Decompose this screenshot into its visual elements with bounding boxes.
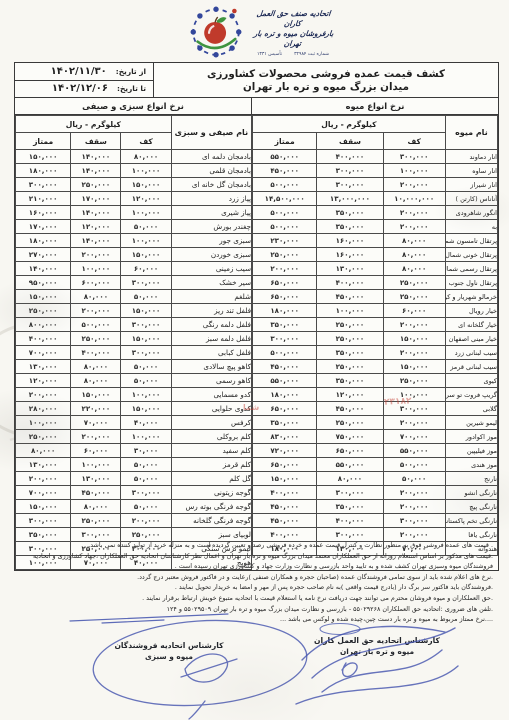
table-row: موز هندی۵۰۰,۰۰۰۵۵۰,۰۰۰۶۵۰,۰۰۰ <box>253 458 498 472</box>
premium-price-cell: ۲۸۰,۰۰۰ <box>16 402 71 416</box>
premium-price-cell: ۷۰۰,۰۰۰ <box>16 486 71 500</box>
premium-price-cell: ۸۳۰,۰۰۰ <box>253 430 317 444</box>
product-name-cell: فلفل دلمه رنگی <box>171 318 251 332</box>
product-name-cell: گوجه فرنگی بوته رس <box>171 500 251 514</box>
premium-price-cell: ۶۵۰,۰۰۰ <box>253 402 317 416</box>
ceiling-price-cell: ۳۰۰,۰۰۰ <box>71 528 121 542</box>
table-row: خیار گلخانه ای۲۰۰,۰۰۰۲۵۰,۰۰۰۳۵۰,۰۰۰ <box>253 318 498 332</box>
floor-price-cell: ۳۰۰,۰۰۰ <box>121 318 171 332</box>
table-row: پرتقال ناول جنوب۲۵۰,۰۰۰۴۰۰,۰۰۰۶۵۰,۰۰۰ <box>253 276 498 290</box>
table-row: پرتقال تامسون شمال۸۰,۰۰۰۱۶۰,۰۰۰۲۳۰,۰۰۰ <box>253 234 498 248</box>
floor-price-cell: ۲۰۰,۰۰۰ <box>383 486 445 500</box>
table-row: انار شیراز۲۰۰,۰۰۰۳۰۰,۰۰۰۵۰۰,۰۰۰ <box>253 178 498 192</box>
floor-price-cell: ۱۰,۰۰۰,۰۰۰ <box>383 192 445 206</box>
table-row: پرتقال خونی شمال۸۰,۰۰۰۱۶۰,۰۰۰۲۵۰,۰۰۰ <box>253 248 498 262</box>
product-name-cell: فلفل کبابی <box>171 346 251 360</box>
union-logo: اتحادیه صنف حق العمل کاران بارفروشان میو… <box>188 4 339 60</box>
title-line-1: کشف قیمت عمده فروشی محصولات کشاورزی <box>207 68 445 80</box>
ceiling-price-cell: ۳۵۰,۰۰۰ <box>317 220 383 234</box>
premium-price-cell: ۲۱۰,۰۰۰ <box>16 192 71 206</box>
ceiling-price-cell: ۱۴۰,۰۰۰ <box>71 150 121 164</box>
floor-price-cell: ۴۰,۰۰۰ <box>121 416 171 430</box>
product-name-cell: بادمجان دلمه ای <box>171 150 251 164</box>
ceiling-price-cell: ۱۴۰,۰۰۰ <box>71 164 121 178</box>
product-name-cell: بادمجان گل خانه ای <box>171 178 251 192</box>
product-name-cell: گوجه زیتونی <box>171 486 251 500</box>
premium-price-cell: ۱۸۰,۰۰۰ <box>253 304 317 318</box>
premium-price-cell: ۱۳۰,۰۰۰ <box>16 360 71 374</box>
union-name-line2: بارفروشان میوه و تره بار تهران <box>246 29 340 49</box>
floor-price-cell: ۵۰,۰۰۰ <box>121 472 171 486</box>
floor-price-cell: ۱۰۰,۰۰۰ <box>121 206 171 220</box>
union-name-line1: اتحادیه صنف حق العمل کاران <box>246 9 340 29</box>
table-row: بادمجان قلمی۱۰۰,۰۰۰۱۴۰,۰۰۰۱۸۰,۰۰۰ <box>16 164 252 178</box>
price-tables-row: نام میوه کیلوگرم - ریال کف سقف ممتاز انا… <box>15 115 498 570</box>
fruit-section-title: نرخ انواع میوه <box>252 98 498 114</box>
from-date-label: از تاریخ: <box>116 67 146 76</box>
premium-price-cell: ۲۵۰,۰۰۰ <box>253 248 317 262</box>
table-row: کدو مسمایی۱۰۰,۰۰۰۱۵۰,۰۰۰۲۰۰,۰۰۰ <box>16 388 252 402</box>
product-name-cell: کلم قرمز <box>171 458 251 472</box>
table-row: بادمجان گل خانه ای۱۵۰,۰۰۰۲۵۰,۰۰۰۳۰۰,۰۰۰ <box>16 178 252 192</box>
product-name-cell: کلم بروکلی <box>171 430 251 444</box>
premium-price-cell: ۱۲۰,۰۰۰ <box>16 374 71 388</box>
premium-price-cell: ۱۳۰,۰۰۰ <box>16 458 71 472</box>
ceiling-price-cell: ۳۰۰,۰۰۰ <box>317 178 383 192</box>
registration-number: شماره ثبت ۳۲۹۸۴ <box>294 52 329 57</box>
product-name-cell: بادمجان قلمی <box>171 164 251 178</box>
floor-price-cell: ۵۰,۰۰۰ <box>121 458 171 472</box>
floor-price-cell: ۳۰۰,۰۰۰ <box>383 150 445 164</box>
union-emblem-icon <box>188 4 244 60</box>
ceiling-price-cell: ۱۵۰,۰۰۰ <box>71 388 121 402</box>
ceiling-price-cell: ۸۰,۰۰۰ <box>71 360 121 374</box>
premium-price-cell: ۱۸۰,۰۰۰ <box>16 164 71 178</box>
table-row: پرتقال رسمی شمال۸۰,۰۰۰۱۳۰,۰۰۰۲۰۰,۰۰۰ <box>253 262 498 276</box>
ceiling-price-cell: ۳۵۰,۰۰۰ <box>317 374 383 388</box>
table-row: خیار مینی اصفهان۱۵۰,۰۰۰۲۵۰,۰۰۰۳۰۰,۰۰۰ <box>253 332 498 346</box>
product-name-cell: موز اکوادور <box>445 430 497 444</box>
premium-price-cell: ۱۵۰,۰۰۰ <box>16 290 71 304</box>
veg-section-title: نرخ انواع سبزی و صیفی <box>15 98 252 114</box>
table-row: به۲۰۰,۰۰۰۳۵۰,۰۰۰۵۰۰,۰۰۰ <box>253 220 498 234</box>
product-name-cell: پیاز زرد <box>171 192 251 206</box>
premium-price-cell: ۵۰۰,۰۰۰ <box>253 220 317 234</box>
table-row: خرمالو شهریار و کن۲۵۰,۰۰۰۴۵۰,۰۰۰۶۵۰,۰۰۰ <box>253 290 498 304</box>
footer-note: .نرخ های اعلام شده باید از سوی تمامی فرو… <box>16 573 493 584</box>
to-date-value: ۱۴۰۲/۱۲/۰۶ <box>52 83 108 94</box>
product-name-cell: نارنگی تخم پاکستانی <box>445 514 497 528</box>
premium-price-cell: ۲۵۰,۰۰۰ <box>16 430 71 444</box>
right-signature-subtitle: میوه و تره بار تهران <box>298 647 456 656</box>
premium-price-cell: ۳۵۰,۰۰۰ <box>253 318 317 332</box>
premium-price-cell: ۳۵۰,۰۰۰ <box>16 528 71 542</box>
premium-price-cell: ۱۸۰,۰۰۰ <box>16 234 71 248</box>
premium-price-cell: ۳۵۰,۰۰۰ <box>253 416 317 430</box>
floor-price-cell: ۵۰,۰۰۰ <box>121 374 171 388</box>
product-name-cell: پرتقال ناول جنوب <box>445 276 497 290</box>
floor-price-cell: ۱۵۰,۰۰۰ <box>121 332 171 346</box>
floor-price-cell: ۳۰,۰۰۰ <box>121 444 171 458</box>
premium-price-cell: ۴۰۰,۰۰۰ <box>253 486 317 500</box>
table-row: سیب لبنانی قرمز۱۵۰,۰۰۰۲۵۰,۰۰۰۴۵۰,۰۰۰ <box>253 360 498 374</box>
scanned-price-sheet: اتحادیه صنف حق العمل کاران بارفروشان میو… <box>0 0 509 720</box>
premium-price-cell: ۹۵۰,۰۰۰ <box>16 276 71 290</box>
floor-price-cell: ۲۰۰,۰۰۰ <box>383 416 445 430</box>
right-signature-block: کارشناس اتحادیه حق العمل کاران میوه و تر… <box>298 636 456 656</box>
table-row: فلفل دلمه سبز۱۵۰,۰۰۰۲۵۰,۰۰۰۴۰۰,۰۰۰ <box>16 332 252 346</box>
table-row: نارنگی پیچ۲۰۰,۰۰۰۳۵۰,۰۰۰۴۵۰,۰۰۰ <box>253 500 498 514</box>
ceiling-price-cell: ۱۰۰,۰۰۰ <box>317 304 383 318</box>
left-signature-block: کارشناس اتحادیه فروشندگان میوه و سبزی <box>103 641 235 661</box>
fruit-rows: انار دماوند۳۰۰,۰۰۰۴۰۰,۰۰۰۵۵۰,۰۰۰انار ساو… <box>253 150 498 556</box>
floor-price-cell: ۳۰۰,۰۰۰ <box>383 402 445 416</box>
ceiling-price-cell: ۲۵۰,۰۰۰ <box>317 416 383 430</box>
floor-price-cell: ۵۰۰,۰۰۰ <box>383 458 445 472</box>
table-row: سبزی جور۱۰۰,۰۰۰۱۴۰,۰۰۰۱۸۰,۰۰۰ <box>16 234 252 248</box>
table-row: خیار رویال۶۰,۰۰۰۱۰۰,۰۰۰۱۸۰,۰۰۰ <box>253 304 498 318</box>
table-row: گوجه زیتونی۳۰۰,۰۰۰۴۵۰,۰۰۰۷۰۰,۰۰۰ <box>16 486 252 500</box>
table-row: بادمجان دلمه ای۸۰,۰۰۰۱۴۰,۰۰۰۱۵۰,۰۰۰ <box>16 150 252 164</box>
ceiling-price-cell: ۱۶۰,۰۰۰ <box>317 234 383 248</box>
fruit-premium-header: ممتاز <box>253 133 317 150</box>
product-name-cell: سبزی جور <box>171 234 251 248</box>
premium-price-cell: ۴۵۰,۰۰۰ <box>253 500 317 514</box>
ceiling-price-cell: ۱۰۰,۰۰۰ <box>71 458 121 472</box>
floor-price-cell: ۲۰۰,۰۰۰ <box>383 528 445 542</box>
product-name-cell: آناناس (کارتن ) <box>445 192 497 206</box>
ceiling-price-cell: ۱۲۰,۰۰۰ <box>71 220 121 234</box>
ceiling-price-cell: ۱۶۰,۰۰۰ <box>317 248 383 262</box>
table-row: چغندر بورش۵۰,۰۰۰۱۲۰,۰۰۰۱۷۰,۰۰۰ <box>16 220 252 234</box>
premium-price-cell: ۴۰۰,۰۰۰ <box>253 528 317 542</box>
ceiling-price-cell: ۲۵۰,۰۰۰ <box>71 332 121 346</box>
product-name-cell: کیوی <box>445 374 497 388</box>
table-row: فلفل تند ریز۱۵۰,۰۰۰۲۰۰,۰۰۰۲۵۰,۰۰۰ <box>16 304 252 318</box>
product-name-cell: انگور شاهرودی <box>445 206 497 220</box>
product-name-cell: کدوی حلوایی <box>171 402 251 416</box>
ceiling-price-cell: ۱۳۰,۰۰۰ <box>317 262 383 276</box>
product-name-cell: شلغم <box>171 290 251 304</box>
section-title-band: نرخ انواع میوه نرخ انواع سبزی و صیفی <box>15 98 498 115</box>
floor-price-cell: ۲۰۰,۰۰۰ <box>383 178 445 192</box>
ceiling-price-cell: ۴۵۰,۰۰۰ <box>317 402 383 416</box>
veg-price-table: نام صیفی و سبزی کیلوگرم - ریال کف سقف مم… <box>15 115 252 570</box>
table-row: گوجه فرنگی گلخانه۲۰۰,۰۰۰۲۵۰,۰۰۰۳۰۰,۰۰۰ <box>16 514 252 528</box>
table-row: لیمو شیرین۲۰۰,۰۰۰۲۵۰,۰۰۰۳۵۰,۰۰۰ <box>253 416 498 430</box>
ceiling-price-cell: ۳۰۰,۰۰۰ <box>317 164 383 178</box>
floor-price-cell: ۲۰۰,۰۰۰ <box>383 220 445 234</box>
ceiling-price-cell: ۴۰۰,۰۰۰ <box>317 514 383 528</box>
product-name-cell: پرتقال رسمی شمال <box>445 262 497 276</box>
product-name-cell: سیب لبنانی قرمز <box>445 360 497 374</box>
ceiling-price-cell: ۸۰,۰۰۰ <box>71 374 121 388</box>
ceiling-price-cell: ۷۵۰,۰۰۰ <box>317 430 383 444</box>
ceiling-price-cell: ۱۳,۰۰۰,۰۰۰ <box>317 192 383 206</box>
ceiling-price-cell: ۱۷۰,۰۰۰ <box>71 192 121 206</box>
floor-price-cell: ۱۵۰,۰۰۰ <box>121 304 171 318</box>
premium-price-cell: ۲۳۰,۰۰۰ <box>253 234 317 248</box>
table-row: سبزی خوردن۱۵۰,۰۰۰۲۰۰,۰۰۰۲۷۰,۰۰۰ <box>16 248 252 262</box>
table-row: کاهو رسمی۵۰,۰۰۰۸۰,۰۰۰۱۲۰,۰۰۰ <box>16 374 252 388</box>
floor-price-cell: ۳۰۰,۰۰۰ <box>121 486 171 500</box>
veg-name-column-header: نام صیفی و سبزی <box>171 116 251 150</box>
floor-price-cell: ۳۰۰,۰۰۰ <box>121 346 171 360</box>
product-name-cell: گوجه فرنگی گلخانه <box>171 514 251 528</box>
premium-price-cell: ۵۵۰,۰۰۰ <box>253 374 317 388</box>
fruit-unit-header: کیلوگرم - ریال <box>253 116 446 133</box>
product-name-cell: سیب لبنانی زرد <box>445 346 497 360</box>
footer-note: .فروشندگان باید فاکتور سر برگ دار (بادرج… <box>16 583 493 594</box>
product-name-cell: گل کلم <box>171 472 251 486</box>
ceiling-price-cell: ۶۰,۰۰۰ <box>71 444 121 458</box>
floor-price-cell: ۱۵۰,۰۰۰ <box>383 332 445 346</box>
footer-note: .تلفن های ضروری :اتحادیه حق العملکاران ۵… <box>16 605 493 616</box>
product-name-cell: پرتقال خونی شمال <box>445 248 497 262</box>
premium-price-cell: ۴۰۰,۰۰۰ <box>16 332 71 346</box>
product-name-cell: گریپ فروت تو سرخ <box>445 388 497 402</box>
floor-price-cell: ۱۰۰,۰۰۰ <box>121 430 171 444</box>
product-name-cell: خیار مینی اصفهان <box>445 332 497 346</box>
premium-price-cell: ۲۵۰,۰۰۰ <box>16 304 71 318</box>
table-row: انگور شاهرودی۲۰۰,۰۰۰۳۵۰,۰۰۰۵۰۰,۰۰۰ <box>253 206 498 220</box>
floor-price-cell: ۵۰,۰۰۰ <box>121 500 171 514</box>
table-row: گریپ فروت تو سرخ۱۰۰,۰۰۰۱۲۰,۰۰۰۱۸۰,۰۰۰ <box>253 388 498 402</box>
table-row: موز فیلیپین۵۵۰,۰۰۰۶۵۰,۰۰۰۷۲۰,۰۰۰ <box>253 444 498 458</box>
fruit-ceiling-header: سقف <box>317 133 383 150</box>
ceiling-price-cell: ۴۰۰,۰۰۰ <box>317 276 383 290</box>
left-signature-stamp-ink <box>85 615 317 720</box>
product-name-cell: فلفل تند ریز <box>171 304 251 318</box>
table-row: سیب زمینی۶۰,۰۰۰۱۰۰,۰۰۰۱۴۰,۰۰۰ <box>16 262 252 276</box>
table-row: سیب لبنانی زرد۲۰۰,۰۰۰۳۵۰,۰۰۰۵۰۰,۰۰۰ <box>253 346 498 360</box>
ceiling-price-cell: ۳۰۰,۰۰۰ <box>317 486 383 500</box>
document-title: کشف قیمت عمده فروشی محصولات کشاورزی میدا… <box>154 63 498 97</box>
premium-price-cell: ۴۵۰,۰۰۰ <box>253 360 317 374</box>
premium-price-cell: ۶۵۰,۰۰۰ <box>253 276 317 290</box>
premium-price-cell: ۱۴۰,۰۰۰ <box>16 262 71 276</box>
premium-price-cell: ۳۰۰,۰۰۰ <box>16 514 71 528</box>
table-row: آناناس (کارتن )۱۰,۰۰۰,۰۰۰۱۳,۰۰۰,۰۰۰۱۴,۵۰… <box>253 192 498 206</box>
floor-price-cell: ۲۵۰,۰۰۰ <box>383 290 445 304</box>
product-name-cell: کرفس <box>171 416 251 430</box>
ceiling-price-cell: ۳۵۰,۰۰۰ <box>317 206 383 220</box>
premium-price-cell: ۷۲۰,۰۰۰ <box>253 444 317 458</box>
table-row: کلم سفید۳۰,۰۰۰۶۰,۰۰۰۸۰,۰۰۰ <box>16 444 252 458</box>
establishment-year: تأسیس ۱۳۳۱ <box>257 52 282 57</box>
floor-price-cell: ۲۵۰,۰۰۰ <box>383 276 445 290</box>
table-row: شلغم۵۰,۰۰۰۸۰,۰۰۰۱۵۰,۰۰۰ <box>16 290 252 304</box>
premium-price-cell: ۵۰۰,۰۰۰ <box>253 346 317 360</box>
table-row: سیر خشک۳۰۰,۰۰۰۶۰۰,۰۰۰۹۵۰,۰۰۰ <box>16 276 252 290</box>
floor-price-cell: ۸۰,۰۰۰ <box>383 248 445 262</box>
ceiling-price-cell: ۱۴۰,۰۰۰ <box>71 206 121 220</box>
table-row: فلفل کبابی۳۰۰,۰۰۰۴۰۰,۰۰۰۷۰۰,۰۰۰ <box>16 346 252 360</box>
ceiling-price-cell: ۴۵۰,۰۰۰ <box>317 290 383 304</box>
floor-price-cell: ۲۰۰,۰۰۰ <box>383 500 445 514</box>
product-name-cell: خرمالو شهریار و کن <box>445 290 497 304</box>
product-name-cell: خیار گلخانه ای <box>445 318 497 332</box>
ceiling-price-cell: ۲۵۰,۰۰۰ <box>317 318 383 332</box>
premium-price-cell: ۷۰۰,۰۰۰ <box>16 346 71 360</box>
veg-floor-header: کف <box>121 133 171 150</box>
floor-price-cell: ۱۵۰,۰۰۰ <box>383 360 445 374</box>
table-row: کلم قرمز۵۰,۰۰۰۱۰۰,۰۰۰۱۳۰,۰۰۰ <box>16 458 252 472</box>
ceiling-price-cell: ۸۰,۰۰۰ <box>317 472 383 486</box>
veg-ceiling-header: سقف <box>71 133 121 150</box>
premium-price-cell: ۱۷۰,۰۰۰ <box>16 220 71 234</box>
ceiling-price-cell: ۳۵۰,۰۰۰ <box>317 346 383 360</box>
product-name-cell: به <box>445 220 497 234</box>
product-name-cell: کدو مسمایی <box>171 388 251 402</box>
product-name-cell: کاهو پیچ سالادی <box>171 360 251 374</box>
floor-price-cell: ۲۰۰,۰۰۰ <box>121 514 171 528</box>
to-date-row: تا تاریخ: ۱۴۰۲/۱۲/۰۶ <box>15 80 153 98</box>
premium-price-cell: ۲۷۰,۰۰۰ <box>16 248 71 262</box>
floor-price-cell: ۲۵۰,۰۰۰ <box>383 374 445 388</box>
product-name-cell: نارنگی انشو <box>445 486 497 500</box>
product-name-cell: انار ساوه <box>445 164 497 178</box>
floor-price-cell: ۵۵۰,۰۰۰ <box>383 444 445 458</box>
title-line-2: میدان بزرگ میوه و تره بار تهران <box>243 81 409 93</box>
product-name-cell: فلفل دلمه سبز <box>171 332 251 346</box>
table-row: انار ساوه۱۰۰,۰۰۰۳۰۰,۰۰۰۴۵۰,۰۰۰ <box>253 164 498 178</box>
product-name-cell: گلابی <box>445 402 497 416</box>
product-name-cell: لیمو شیرین <box>445 416 497 430</box>
floor-price-cell: ۱۵۰,۰۰۰ <box>121 248 171 262</box>
floor-price-cell: ۳۰۰,۰۰۰ <box>121 276 171 290</box>
fruit-floor-header: کف <box>383 133 445 150</box>
left-signature-subtitle: میوه و سبزی <box>103 652 235 661</box>
product-name-cell: موز فیلیپین <box>445 444 497 458</box>
document-header-band: کشف قیمت عمده فروشی محصولات کشاورزی میدا… <box>15 63 498 98</box>
ceiling-price-cell: ۳۵۰,۰۰۰ <box>317 500 383 514</box>
footer-note: .قیمت های مذکور بر اساس استعلام روزانه ا… <box>16 552 493 573</box>
product-name-cell: انار شیراز <box>445 178 497 192</box>
ceiling-price-cell: ۲۵۰,۰۰۰ <box>71 514 121 528</box>
table-row: گل کلم۵۰,۰۰۰۱۳۰,۰۰۰۲۰۰,۰۰۰ <box>16 472 252 486</box>
floor-price-cell: ۱۲۰,۰۰۰ <box>121 192 171 206</box>
table-row: پیاز شیری۱۰۰,۰۰۰۱۴۰,۰۰۰۱۶۰,۰۰۰ <box>16 206 252 220</box>
floor-price-cell: ۱۰۰,۰۰۰ <box>121 388 171 402</box>
ceiling-price-cell: ۳۰۰,۰۰۰ <box>317 528 383 542</box>
floor-price-cell: ۱۰۰,۰۰۰ <box>383 388 445 402</box>
fruit-name-column-header: نام میوه <box>445 116 497 150</box>
veg-rows: بادمجان دلمه ای۸۰,۰۰۰۱۴۰,۰۰۰۱۵۰,۰۰۰بادمج… <box>16 150 252 570</box>
ceiling-price-cell: ۸۰,۰۰۰ <box>71 500 121 514</box>
to-date-label: تا تاریخ: <box>117 84 146 93</box>
premium-price-cell: ۶۵۰,۰۰۰ <box>253 290 317 304</box>
premium-price-cell: ۱۵۰,۰۰۰ <box>16 150 71 164</box>
premium-price-cell: ۱۰۰,۰۰۰ <box>16 416 71 430</box>
from-date-value: ۱۴۰۲/۱۱/۳۰ <box>51 66 107 77</box>
floor-price-cell: ۲۰۰,۰۰۰ <box>383 206 445 220</box>
veg-unit-header: کیلوگرم - ریال <box>16 116 172 133</box>
floor-price-cell: ۸۰,۰۰۰ <box>383 262 445 276</box>
floor-price-cell: ۵۰,۰۰۰ <box>121 220 171 234</box>
ceiling-price-cell: ۶۵۰,۰۰۰ <box>317 444 383 458</box>
product-name-cell: کلم سفید <box>171 444 251 458</box>
table-row: کلم بروکلی۱۰۰,۰۰۰۲۰۰,۰۰۰۲۵۰,۰۰۰ <box>16 430 252 444</box>
from-date-row: از تاریخ: ۱۴۰۲/۱۱/۳۰ <box>15 63 153 80</box>
product-name-cell: چغندر بورش <box>171 220 251 234</box>
product-name-cell: انار دماوند <box>445 150 497 164</box>
product-name-cell: لوبیای سبز <box>171 528 251 542</box>
floor-price-cell: ۷۰۰,۰۰۰ <box>383 430 445 444</box>
ceiling-price-cell: ۶۰۰,۰۰۰ <box>71 276 121 290</box>
ceiling-price-cell: ۲۲۰,۰۰۰ <box>71 402 121 416</box>
premium-price-cell: ۸۰,۰۰۰ <box>16 444 71 458</box>
ceiling-price-cell: ۲۵۰,۰۰۰ <box>317 332 383 346</box>
product-name-cell: خیار رویال <box>445 304 497 318</box>
premium-price-cell: ۶۵۰,۰۰۰ <box>253 458 317 472</box>
floor-price-cell: ۶۰,۰۰۰ <box>383 304 445 318</box>
floor-price-cell: ۸۰,۰۰۰ <box>383 234 445 248</box>
premium-price-cell: ۵۰۰,۰۰۰ <box>253 206 317 220</box>
floor-price-cell: ۸۰,۰۰۰ <box>121 150 171 164</box>
floor-price-cell: ۱۰۰,۰۰۰ <box>121 164 171 178</box>
floor-price-cell: ۲۵۰,۰۰۰ <box>121 528 171 542</box>
premium-price-cell: ۱۵۰,۰۰۰ <box>16 500 71 514</box>
premium-price-cell: ۸۰۰,۰۰۰ <box>16 318 71 332</box>
footer-note: .حق العملکاران و میوه فروشان محترم می تو… <box>16 594 493 605</box>
ceiling-price-cell: ۱۲۰,۰۰۰ <box>317 388 383 402</box>
floor-price-cell: ۱۰۰,۰۰۰ <box>121 234 171 248</box>
right-signature-title: کارشناس اتحادیه حق العمل کاران <box>298 636 456 645</box>
date-range-box: از تاریخ: ۱۴۰۲/۱۱/۳۰ تا تاریخ: ۱۴۰۲/۱۲/۰… <box>15 63 154 97</box>
premium-price-cell: ۳۰۰,۰۰۰ <box>16 178 71 192</box>
ceiling-price-cell: ۸۰,۰۰۰ <box>71 290 121 304</box>
ceiling-price-cell: ۵۰۰,۰۰۰ <box>71 318 121 332</box>
ceiling-price-cell: ۲۰۰,۰۰۰ <box>71 304 121 318</box>
footer-note: . قیمت های عمده فروشی فوق به منظور نظارت… <box>16 541 493 552</box>
ceiling-price-cell: ۵۵۰,۰۰۰ <box>317 458 383 472</box>
product-name-cell: کاهو رسمی <box>171 374 251 388</box>
premium-price-cell: ۱۵۰,۰۰۰ <box>253 472 317 486</box>
floor-price-cell: ۵۰,۰۰۰ <box>383 472 445 486</box>
footer-notes: . قیمت های عمده فروشی فوق به منظور نظارت… <box>16 541 493 626</box>
premium-price-cell: ۱۴,۵۰۰,۰۰۰ <box>253 192 317 206</box>
premium-price-cell: ۴۵۰,۰۰۰ <box>253 164 317 178</box>
ceiling-price-cell: ۲۰۰,۰۰۰ <box>71 248 121 262</box>
table-row: فلفل دلمه رنگی۳۰۰,۰۰۰۵۰۰,۰۰۰۸۰۰,۰۰۰ <box>16 318 252 332</box>
floor-price-cell: ۵۰,۰۰۰ <box>121 290 171 304</box>
product-name-cell: سیب زمینی <box>171 262 251 276</box>
floor-price-cell: ۲۰۰,۰۰۰ <box>383 318 445 332</box>
ceiling-price-cell: ۴۰۰,۰۰۰ <box>71 346 121 360</box>
table-row: کیوی۲۵۰,۰۰۰۳۵۰,۰۰۰۵۵۰,۰۰۰ <box>253 374 498 388</box>
ceiling-price-cell: ۲۵۰,۰۰۰ <box>317 360 383 374</box>
ceiling-price-cell: ۴۵۰,۰۰۰ <box>71 486 121 500</box>
table-row: موز اکوادور۷۰۰,۰۰۰۷۵۰,۰۰۰۸۳۰,۰۰۰ <box>253 430 498 444</box>
premium-price-cell: ۲۰۰,۰۰۰ <box>16 472 71 486</box>
floor-price-cell: ۳۰۰,۰۰۰ <box>383 514 445 528</box>
floor-price-cell: ۱۵۰,۰۰۰ <box>121 178 171 192</box>
product-name-cell: نارنگی پیچ <box>445 500 497 514</box>
product-name-cell: نارنگی یافا <box>445 528 497 542</box>
table-row: نارنج۵۰,۰۰۰۸۰,۰۰۰۱۵۰,۰۰۰ <box>253 472 498 486</box>
table-row: نارنگی تخم پاکستانی۳۰۰,۰۰۰۴۰۰,۰۰۰۴۵۰,۰۰۰ <box>253 514 498 528</box>
premium-price-cell: ۲۰۰,۰۰۰ <box>253 262 317 276</box>
left-signature-title: کارشناس اتحادیه فروشندگان <box>103 641 235 650</box>
ceiling-price-cell: ۱۴۰,۰۰۰ <box>71 234 121 248</box>
veg-premium-header: ممتاز <box>16 133 71 150</box>
table-row: انار دماوند۳۰۰,۰۰۰۴۰۰,۰۰۰۵۵۰,۰۰۰ <box>253 150 498 164</box>
product-name-cell: پیاز شیری <box>171 206 251 220</box>
ceiling-price-cell: ۱۰۰,۰۰۰ <box>71 262 121 276</box>
ceiling-price-cell: ۷۰,۰۰۰ <box>71 416 121 430</box>
right-signature-ink <box>290 620 470 718</box>
